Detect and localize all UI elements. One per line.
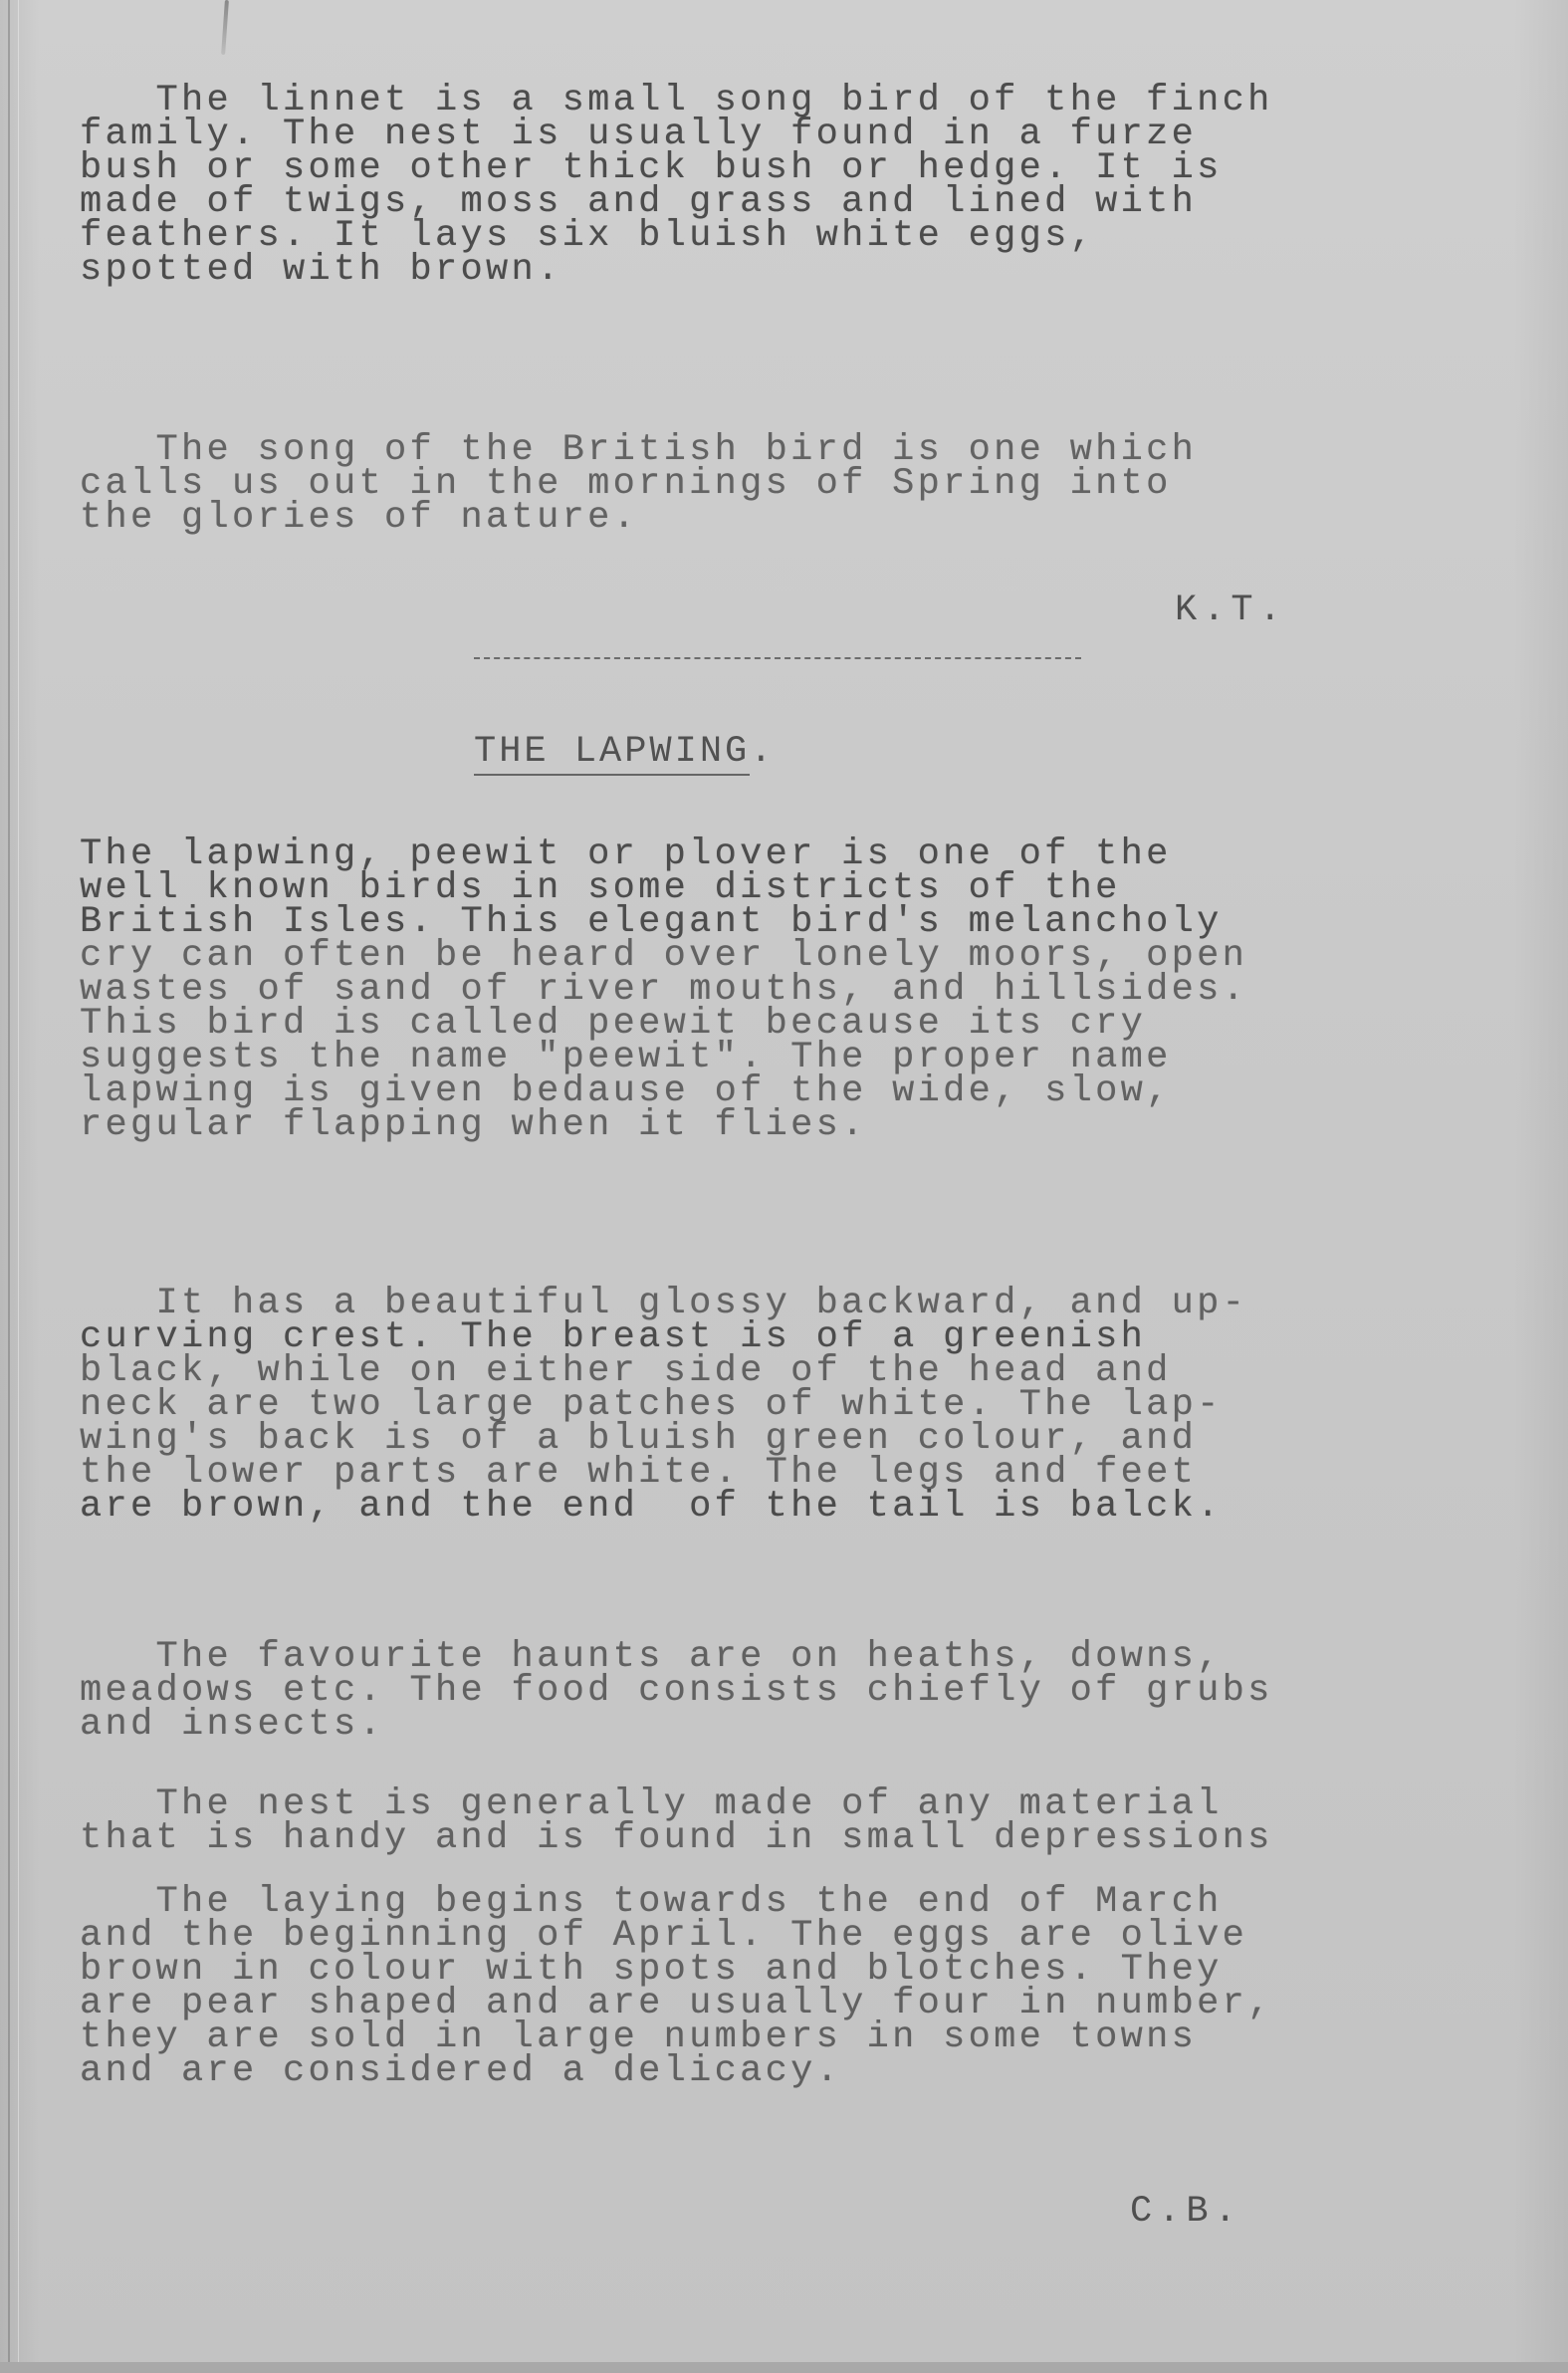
text-line: bush or some other thick bush or hedge. … [80, 151, 1533, 185]
text-line: British Isles. This elegant bird's melan… [80, 905, 1533, 939]
text-line: well known birds in some districts of th… [80, 871, 1533, 905]
text-line: The laying begins towards the end of Mar… [80, 1885, 1533, 1919]
lapwing-paragraph-4: The nest is generally made of any materi… [80, 1787, 1533, 1855]
text-line: cry can often be heard over lonely moors… [80, 939, 1533, 973]
typewritten-page: The linnet is a small song bird of the f… [0, 0, 1568, 2373]
text-line: wastes of sand of river mouths, and hill… [80, 973, 1533, 1007]
text-line: black, while on either side of the head … [80, 1354, 1533, 1388]
lapwing-paragraph-1: The lapwing, peewit or plover is one of … [80, 837, 1533, 1142]
signature-kt: K.T. [1175, 590, 1287, 631]
text-line: The nest is generally made of any materi… [80, 1787, 1533, 1821]
text-line: the lower parts are white. The legs and … [80, 1456, 1533, 1490]
text-line: and are considered a delicacy. [80, 2054, 1533, 2088]
section-title: THE LAPWING. [474, 731, 775, 773]
text-line: the glories of nature. [80, 501, 1533, 535]
text-line: This bird is called peewit because its c… [80, 1007, 1533, 1041]
text-line: are pear shaped and are usually four in … [80, 1987, 1533, 2020]
text-line: The favourite haunts are on heaths, down… [80, 1640, 1533, 1674]
lapwing-paragraph-5: The laying begins towards the end of Mar… [80, 1885, 1533, 2088]
text-line: The linnet is a small song bird of the f… [80, 84, 1533, 118]
linnet-paragraph-2: The song of the British bird is one whic… [80, 433, 1533, 535]
text-line: calls us out in the mornings of Spring i… [80, 467, 1533, 501]
text-line: curving crest. The breast is of a greeni… [80, 1320, 1533, 1354]
title-suffix: . [750, 731, 775, 773]
text-line: regular flapping when it flies. [80, 1108, 1533, 1142]
text-line: The lapwing, peewit or plover is one of … [80, 837, 1533, 871]
text-line: made of twigs, moss and grass and lined … [80, 185, 1533, 219]
signature-cb: C.B. [1130, 2191, 1242, 2233]
section-divider [474, 657, 1081, 659]
text-line: are brown, and the end of the tail is ba… [80, 1490, 1533, 1524]
text-line: neck are two large patches of white. The… [80, 1388, 1533, 1422]
text-line: meadows etc. The food consists chiefly o… [80, 1674, 1533, 1708]
pen-mark [221, 0, 229, 55]
text-line: wing's back is of a bluish green colour,… [80, 1422, 1533, 1456]
text-line: family. The nest is usually found in a f… [80, 118, 1533, 151]
page-bottom-edge [0, 2362, 1568, 2373]
page-left-edge [8, 0, 10, 2373]
text-line: suggests the name "peewit". The proper n… [80, 1041, 1533, 1074]
text-line: The song of the British bird is one whic… [80, 433, 1533, 467]
text-line: and the beginning of April. The eggs are… [80, 1919, 1533, 1953]
text-line: lapwing is given bedause of the wide, sl… [80, 1074, 1533, 1108]
title-text: THE LAPWING [474, 731, 750, 776]
text-line: that is handy and is found in small depr… [80, 1821, 1533, 1855]
text-line: spotted with brown. [80, 253, 1533, 287]
linnet-paragraph-1: The linnet is a small song bird of the f… [80, 84, 1533, 287]
text-line: brown in colour with spots and blotches.… [80, 1953, 1533, 1987]
text-line: they are sold in large numbers in some t… [80, 2020, 1533, 2054]
text-line: It has a beautiful glossy backward, and … [80, 1287, 1533, 1320]
text-line: and insects. [80, 1708, 1533, 1742]
page-left-edge-highlight [18, 0, 19, 2373]
lapwing-paragraph-2: It has a beautiful glossy backward, and … [80, 1287, 1533, 1524]
lapwing-paragraph-3: The favourite haunts are on heaths, down… [80, 1640, 1533, 1742]
text-line: feathers. It lays six bluish white eggs, [80, 219, 1533, 253]
